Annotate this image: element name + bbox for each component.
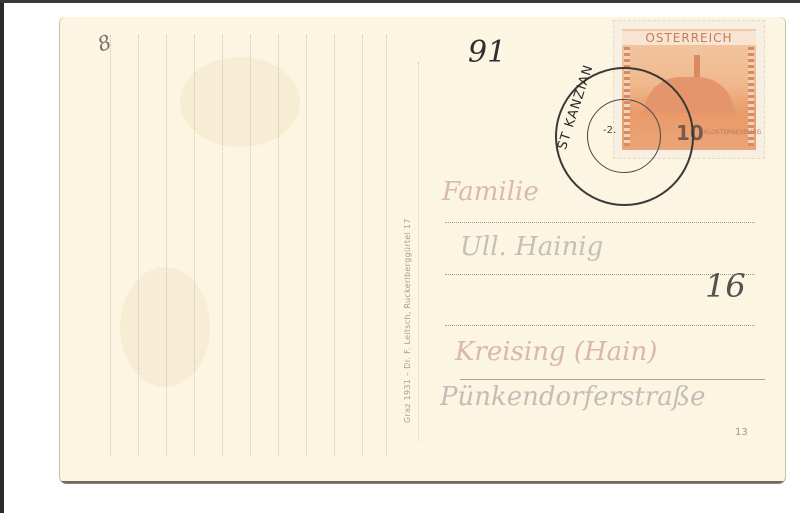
postcard: 8 Graz 1931 – Dr. F. Leitsch, Ruckerlber… — [60, 17, 785, 483]
handwritten-message: 8 — [90, 27, 390, 467]
stamp-caption: KLOSTERNEUBURG — [704, 129, 761, 136]
postmark-date: -2. — [603, 125, 616, 136]
address-rule — [445, 222, 755, 223]
stamp-country: OSTERREICH — [622, 31, 756, 45]
address-line: Familie — [442, 177, 539, 207]
postmark-inner-ring — [587, 99, 661, 173]
scan-border — [0, 0, 4, 513]
address-rule — [445, 325, 755, 326]
scan-border — [0, 0, 800, 3]
divider-line — [418, 62, 419, 442]
corner-mark: 8 — [94, 30, 114, 57]
address-line: Ull. Hainig — [460, 232, 603, 262]
address-house-number: 16 — [705, 267, 746, 305]
address-line: Pünkendorferstraße — [440, 382, 706, 412]
address-line: Kreising (Hain) — [455, 337, 657, 367]
publisher-imprint: Graz 1931 – Dr. F. Leitsch, Ruckerlbergg… — [403, 218, 412, 423]
handwritten-number: 91 — [468, 35, 506, 70]
postmark: ST KANZIAN -2. — [555, 67, 694, 206]
corner-number: 13 — [735, 427, 748, 438]
address-rule — [460, 379, 765, 380]
